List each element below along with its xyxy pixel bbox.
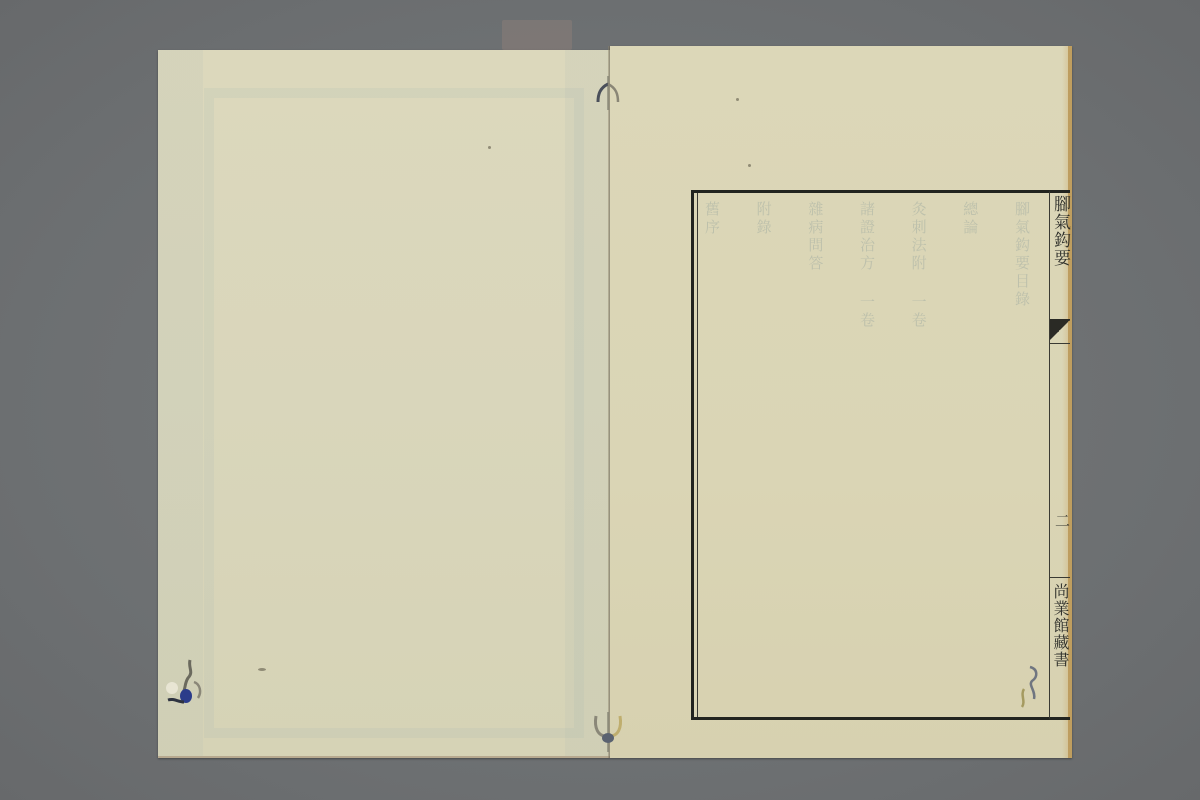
ghost-text-column: 腳氣鈎要目錄: [1014, 201, 1030, 705]
paper-speck: [736, 98, 739, 101]
ghost-text-column: 舊序: [704, 201, 720, 705]
ghost-text-column: 附錄: [756, 201, 772, 705]
block-margin-column: 腳氣鈎要 二 尚業館藏書: [1049, 190, 1070, 720]
paper-speck: [748, 164, 751, 167]
publisher-mark: 尚業館藏書: [1050, 583, 1070, 668]
bleed-through-frame: [204, 88, 584, 738]
margin-divider: [1050, 577, 1070, 578]
left-page: [158, 50, 610, 758]
paper-speck: [488, 146, 491, 149]
binding-thread-knot-icon: [164, 658, 206, 706]
printed-text-frame: 腳氣鈎要目錄 總論 灸刺法附 一卷 諸證治方 一卷 雜病問答 附錄 舊序: [691, 190, 1050, 720]
ghost-text-column: 總論: [962, 201, 978, 705]
book-title: 腳氣鈎要: [1050, 195, 1070, 267]
binding-thread-bottom-icon: [588, 712, 628, 752]
ghost-text-column: 諸證治方 一卷: [859, 201, 875, 705]
binding-thread-top-icon: [592, 76, 624, 110]
ghost-text-column: 雜病問答: [807, 201, 823, 705]
volume-number: 二: [1052, 513, 1073, 528]
margin-divider: [1050, 343, 1070, 344]
bleed-through-text: 腳氣鈎要目錄 總論 灸刺法附 一卷 諸證治方 一卷 雜病問答 附錄 舊序: [704, 201, 1030, 705]
ghost-text-column: 灸刺法附 一卷: [911, 201, 927, 705]
paper-speck: [258, 668, 266, 671]
fishtail-mark-icon: [1050, 319, 1070, 341]
binding-thread-right-icon: [1016, 663, 1046, 711]
open-book: 腳氣鈎要目錄 總論 灸刺法附 一卷 諸證治方 一卷 雜病問答 附錄 舊序 腳氣鈎…: [158, 46, 1070, 758]
